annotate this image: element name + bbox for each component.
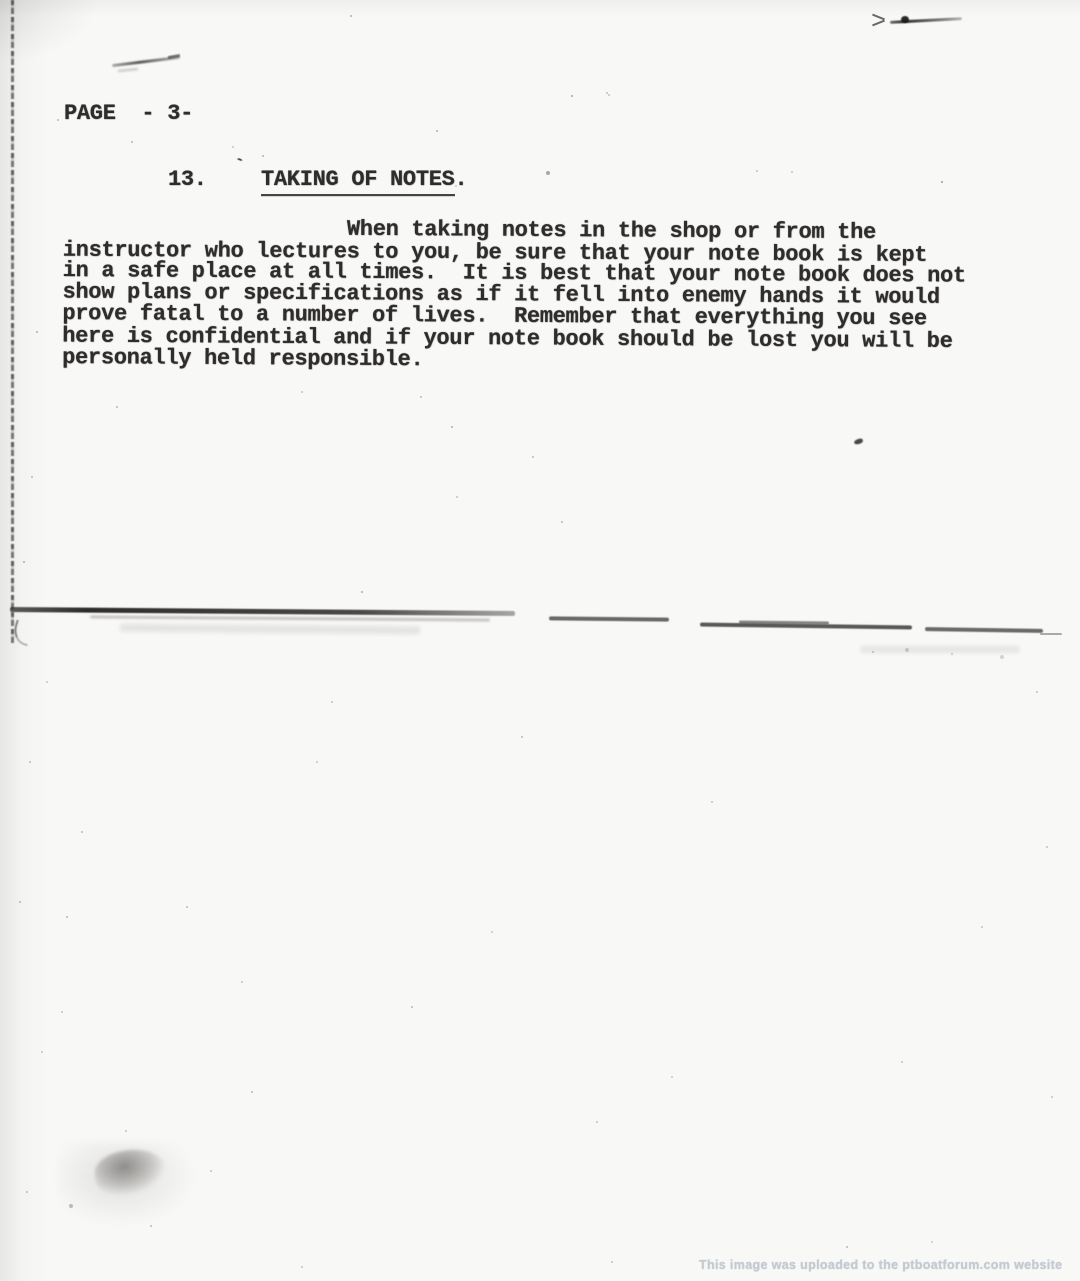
- section-number: 13.: [168, 167, 207, 192]
- heading-word-taking: TAKING: [261, 167, 351, 196]
- heading-word-of-notes: OF NOTES: [351, 167, 454, 196]
- scan-edge-artifact: [11, 0, 14, 645]
- fold-line-shadow: [860, 646, 1020, 653]
- ink-mark-top-right: [872, 20, 885, 27]
- fold-line-segment: [700, 623, 912, 630]
- fold-line-shadow: [120, 624, 420, 635]
- scanned-page: PAGE - 3- 13. ` TAKING OF NOTES. When ta…: [0, 0, 1080, 1281]
- paper-noise-specks: [0, 0, 2, 2]
- fold-line-segment: [925, 627, 1043, 632]
- page-number-label: PAGE - 3-: [64, 101, 193, 126]
- ink-mark-top-right: [901, 16, 909, 23]
- ink-fleck: [854, 438, 864, 445]
- fold-line-hook: [10, 620, 34, 646]
- heading-period: .: [455, 167, 468, 192]
- fold-line-segment: [90, 615, 490, 621]
- body-paragraph: When taking notes in the shop or from th…: [62, 217, 966, 374]
- section-heading: TAKING OF NOTES.: [261, 167, 467, 192]
- watermark-text: This image was uploaded to the ptboatfor…: [699, 1258, 1062, 1272]
- fold-line-segment: [10, 607, 515, 616]
- pencil-smudge-top-left: [118, 68, 138, 72]
- stray-tick-mark: `: [234, 156, 248, 178]
- fold-line-segment: [549, 616, 669, 621]
- fold-line-segment: [1040, 633, 1062, 635]
- paragraph-line: personally held responsible.: [62, 347, 965, 374]
